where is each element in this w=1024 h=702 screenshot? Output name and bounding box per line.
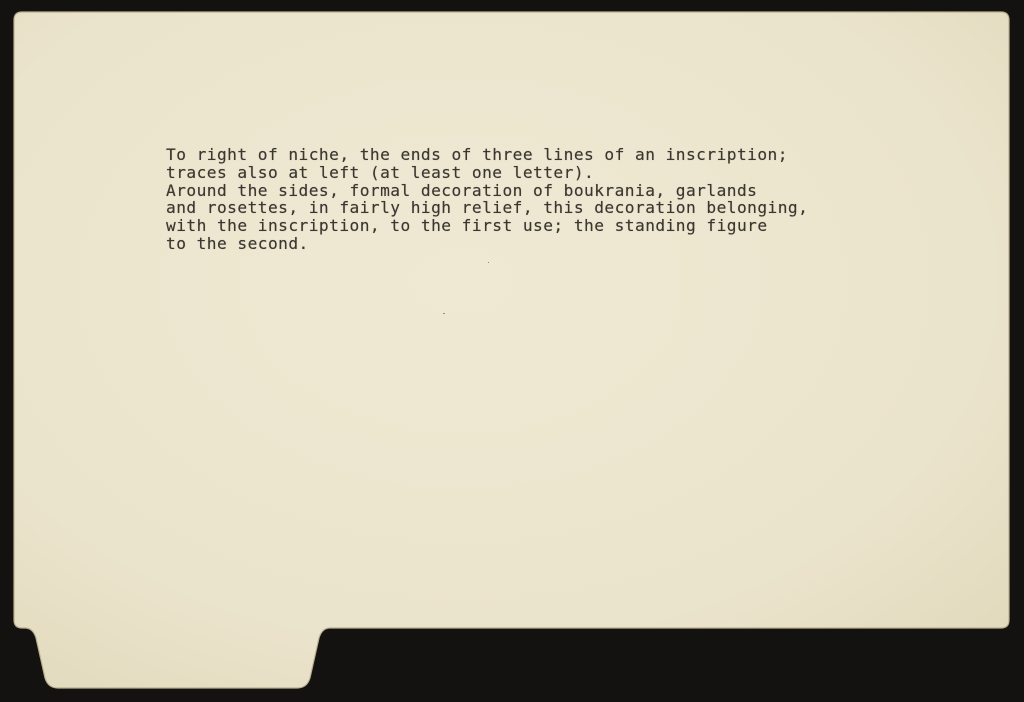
typed-line-2: traces also at left (at least one letter… — [166, 164, 808, 182]
typed-line-4: and rosettes, in fairly high relief, thi… — [166, 199, 808, 217]
typed-line-1: To right of niche, the ends of three lin… — [166, 146, 808, 164]
typed-line-5: with the inscription, to the first use; … — [166, 217, 808, 235]
typed-line-3: Around the sides, formal decoration of b… — [166, 182, 808, 200]
paper-speck — [488, 262, 489, 263]
index-card-shape — [0, 0, 1024, 702]
paper-speck — [443, 313, 445, 314]
card-outline — [14, 12, 1009, 688]
index-card-scan: To right of niche, the ends of three lin… — [0, 0, 1024, 702]
typed-note: To right of niche, the ends of three lin… — [166, 146, 808, 253]
typed-line-6: to the second. — [166, 235, 808, 253]
